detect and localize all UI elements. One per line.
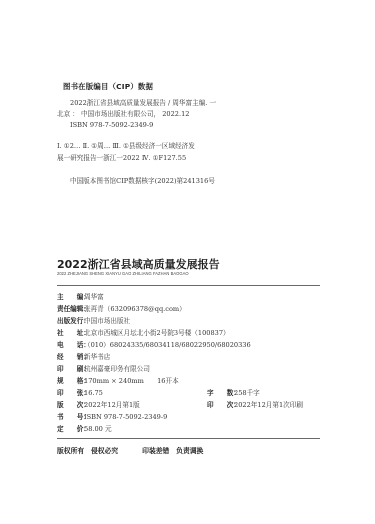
copyright-footer: 版权所有 侵权必究印装差错 负责调换	[57, 445, 207, 455]
info-label: 经 销：	[57, 351, 84, 361]
info-row-responsible-editor: 责任编辑：张再青（632096378@qq.com）	[57, 303, 186, 314]
info-label-2: 印 次：	[207, 399, 234, 409]
info-label: 社 址：	[57, 327, 84, 337]
info-value: 58.00 元	[84, 425, 112, 433]
cip-line-1: 2022浙江省县域高质量发展报告 / 周华富主编. 一	[70, 98, 216, 108]
divider-top	[57, 285, 320, 286]
info-label: 版 次：	[57, 399, 84, 409]
book-title-pinyin: 2022 ZHEJIANG SHENG XIANYU GAO ZHILIANG …	[57, 271, 189, 276]
info-label: 印 张：	[57, 387, 84, 397]
info-value: （010）68024335/68034118/68022950/68020336	[84, 341, 251, 349]
info-value: 2022年12月第1版	[84, 401, 140, 409]
info-value: 170mm × 240mm 16开本	[84, 377, 179, 385]
info-label-2: 字 数：	[207, 387, 234, 397]
info-label: 责任编辑：	[57, 303, 84, 313]
cip-line-6: 中国版本图书馆CIP数据核字(2022)第241316号	[70, 176, 215, 186]
info-label: 定 价：	[57, 423, 84, 433]
info-value: 张再青（632096378@qq.com）	[84, 305, 186, 313]
info-label: 书 号：	[57, 411, 84, 421]
info-value: ISBN 978-7-5092-2349-9	[84, 413, 167, 421]
info-label: 出版发行：	[57, 315, 84, 325]
info-value: 杭州嘉豪印务有限公司	[84, 365, 150, 373]
cip-line-3: ISBN 978-7-5092-2349-9	[70, 120, 153, 130]
info-label: 印 刷：	[57, 363, 84, 373]
info-value: 中国市场出版社	[84, 317, 130, 325]
info-row-phone: 电 话：（010）68024335/68034118/68022950/6802…	[57, 339, 251, 350]
cip-line-5: 展一研究报告一浙江一2022 Ⅳ. ①F127.55	[57, 153, 186, 163]
divider-bottom	[57, 438, 320, 439]
info-row-price: 定 价：58.00 元	[57, 423, 112, 434]
info-row-editor: 主 编：周华富	[57, 291, 104, 302]
book-title: 2022浙江省县域高质量发展报告	[57, 256, 220, 272]
info-row-address: 社 址：北京市西城区月坛北小街2号院3号楼（100837）	[57, 327, 230, 338]
info-row-isbn: 书 号：ISBN 978-7-5092-2349-9	[57, 411, 167, 422]
info-row-printer: 印 刷：杭州嘉豪印务有限公司	[57, 363, 150, 374]
info-value: 北京市西城区月坛北小街2号院3号楼（100837）	[84, 329, 230, 337]
info-row-publisher: 出版发行：中国市场出版社	[57, 315, 130, 326]
info-row-distributor: 经 销：新华书店	[57, 351, 110, 362]
info-row-edition: 版 次：2022年12月第1版 印 次：2022年12月第1次印刷	[57, 399, 327, 410]
info-value: 新华书店	[84, 353, 110, 361]
info-row-format: 规 格：170mm × 240mm 16开本	[57, 375, 179, 386]
info-value-2: 258千字	[234, 389, 260, 397]
info-value: 16.75	[84, 389, 103, 397]
cip-heading: 图书在版编目（CIP）数据	[63, 81, 153, 92]
info-label: 电 话：	[57, 339, 84, 349]
cip-line-2: 北京 ： 中国市场出版社有限公司， 2022.12	[57, 109, 189, 119]
misprint-notice: 印装差错 负责调换	[142, 447, 203, 455]
info-label: 规 格：	[57, 375, 84, 385]
info-value-2: 2022年12月第1次印刷	[234, 401, 303, 409]
info-row-sheets-words: 印 张：16.75 字 数：258千字	[57, 387, 327, 398]
cip-line-4: Ⅰ. ①2… Ⅱ. ①周… Ⅲ. ①县级经济一区域经济发	[57, 141, 195, 151]
info-label: 主 编：	[57, 291, 84, 301]
info-value: 周华富	[84, 293, 104, 301]
copyright-notice: 版权所有 侵权必究	[57, 447, 118, 455]
